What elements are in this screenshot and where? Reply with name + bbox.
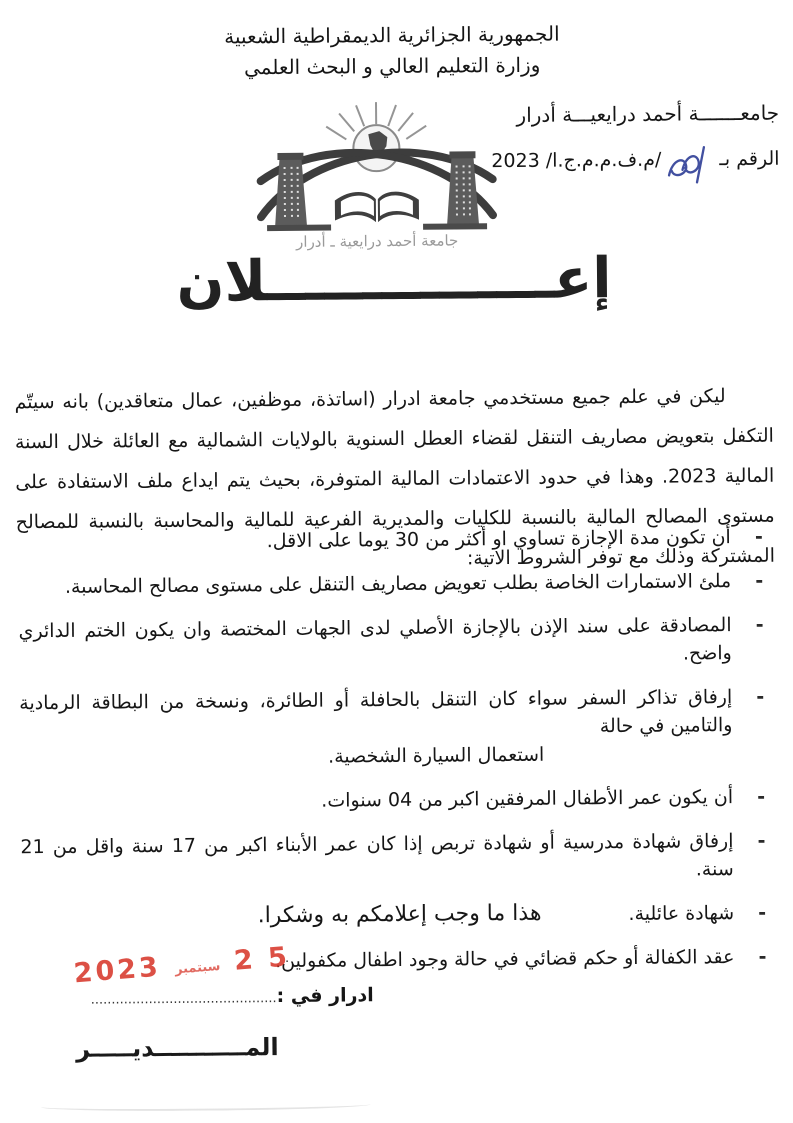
dash-bullet-icon: - <box>755 523 763 551</box>
government-header: الجمهورية الجزائرية الديمقراطية الشعبية … <box>0 17 789 86</box>
condition-text: إرفاق تذاكر السفر سواء كان التنقل بالحاف… <box>19 686 732 737</box>
condition-item: - إرفاق تذاكر السفر سواء كان التنقل بالح… <box>19 683 773 774</box>
announcement-title: إعـــــــــــــــلان <box>0 245 791 317</box>
condition-text: إرفاق شهادة مدرسية أو شهادة تربص إذا كان… <box>20 830 733 880</box>
dash-bullet-icon: - <box>757 783 765 811</box>
condition-item: - أن يكون عمر الأطفال المرفقين اكبر من 0… <box>20 783 773 818</box>
scanned-announcement-page: { "header": { "line1": "الجمهورية الجزائ… <box>0 0 793 1123</box>
condition-text: ملئ الاستمارات الخاصة بطلب تعويض مصاريف … <box>65 570 731 598</box>
condition-text: أن تكون مدة الإجازة تساوي او أكثر من 30 … <box>267 526 731 552</box>
stamp-day: 2 5 <box>233 941 291 976</box>
dash-bullet-icon: - <box>757 827 765 855</box>
condition-item: - إرفاق شهادة مدرسية أو شهادة تربص إذا ك… <box>20 827 773 890</box>
dotted-line: ........................................… <box>91 991 277 1008</box>
dash-bullet-icon: - <box>758 943 766 971</box>
document-page: الجمهورية الجزائرية الديمقراطية الشعبية … <box>0 0 793 1123</box>
dash-bullet-icon: - <box>756 611 764 639</box>
ministry-title: وزارة التعليم العالي و البحث العلمي <box>0 48 789 86</box>
condition-text: المصادقة على سند الإذن بالإجازة الأصلي ل… <box>18 614 731 664</box>
condition-item: - المصادقة على سند الإذن بالإجازة الأصلي… <box>18 611 771 674</box>
university-name: جامعـــــــة أحمد درايعيـــة أدرار <box>516 101 779 127</box>
dash-bullet-icon: - <box>756 683 764 711</box>
condition-text: أن يكون عمر الأطفال المرفقين اكبر من 04 … <box>321 786 733 812</box>
reference-suffix: /م.ف.م.م.ج.ا/ 2023 <box>491 149 661 172</box>
condition-item: - ملئ الاستمارات الخاصة بطلب تعويض مصاري… <box>18 567 771 602</box>
place-date-line: ادرار في :..............................… <box>52 984 374 1009</box>
open-book-icon <box>335 191 419 222</box>
reference-prefix: الرقم بـ <box>719 148 779 171</box>
director-signature-title: المـــــــــــديـــــر <box>76 1033 279 1063</box>
handwritten-number-scribble <box>663 143 717 185</box>
stamp-month: سبتمبر <box>174 959 221 982</box>
dash-bullet-icon: - <box>755 567 763 595</box>
reference-number-line: الرقم بـ /م.ف.م.م.ج.ا/ 2023 <box>491 143 779 178</box>
scan-artifact <box>41 1099 371 1112</box>
place-label: ادرار في : <box>277 984 374 1007</box>
university-logo: جامعة أحمد درايعية ـ أدرار <box>244 99 509 251</box>
condition-item: - أن تكون مدة الإجازة تساوي او أكثر من 3… <box>18 523 771 558</box>
condition-text: عقد الكفالة أو حكم قضائي في حالة وجود اط… <box>275 946 735 972</box>
university-emblem-icon <box>244 99 509 233</box>
condition-text-continued: استعمال السيارة الشخصية. <box>20 739 733 773</box>
right-tower <box>422 151 487 230</box>
left-tower <box>266 153 331 232</box>
